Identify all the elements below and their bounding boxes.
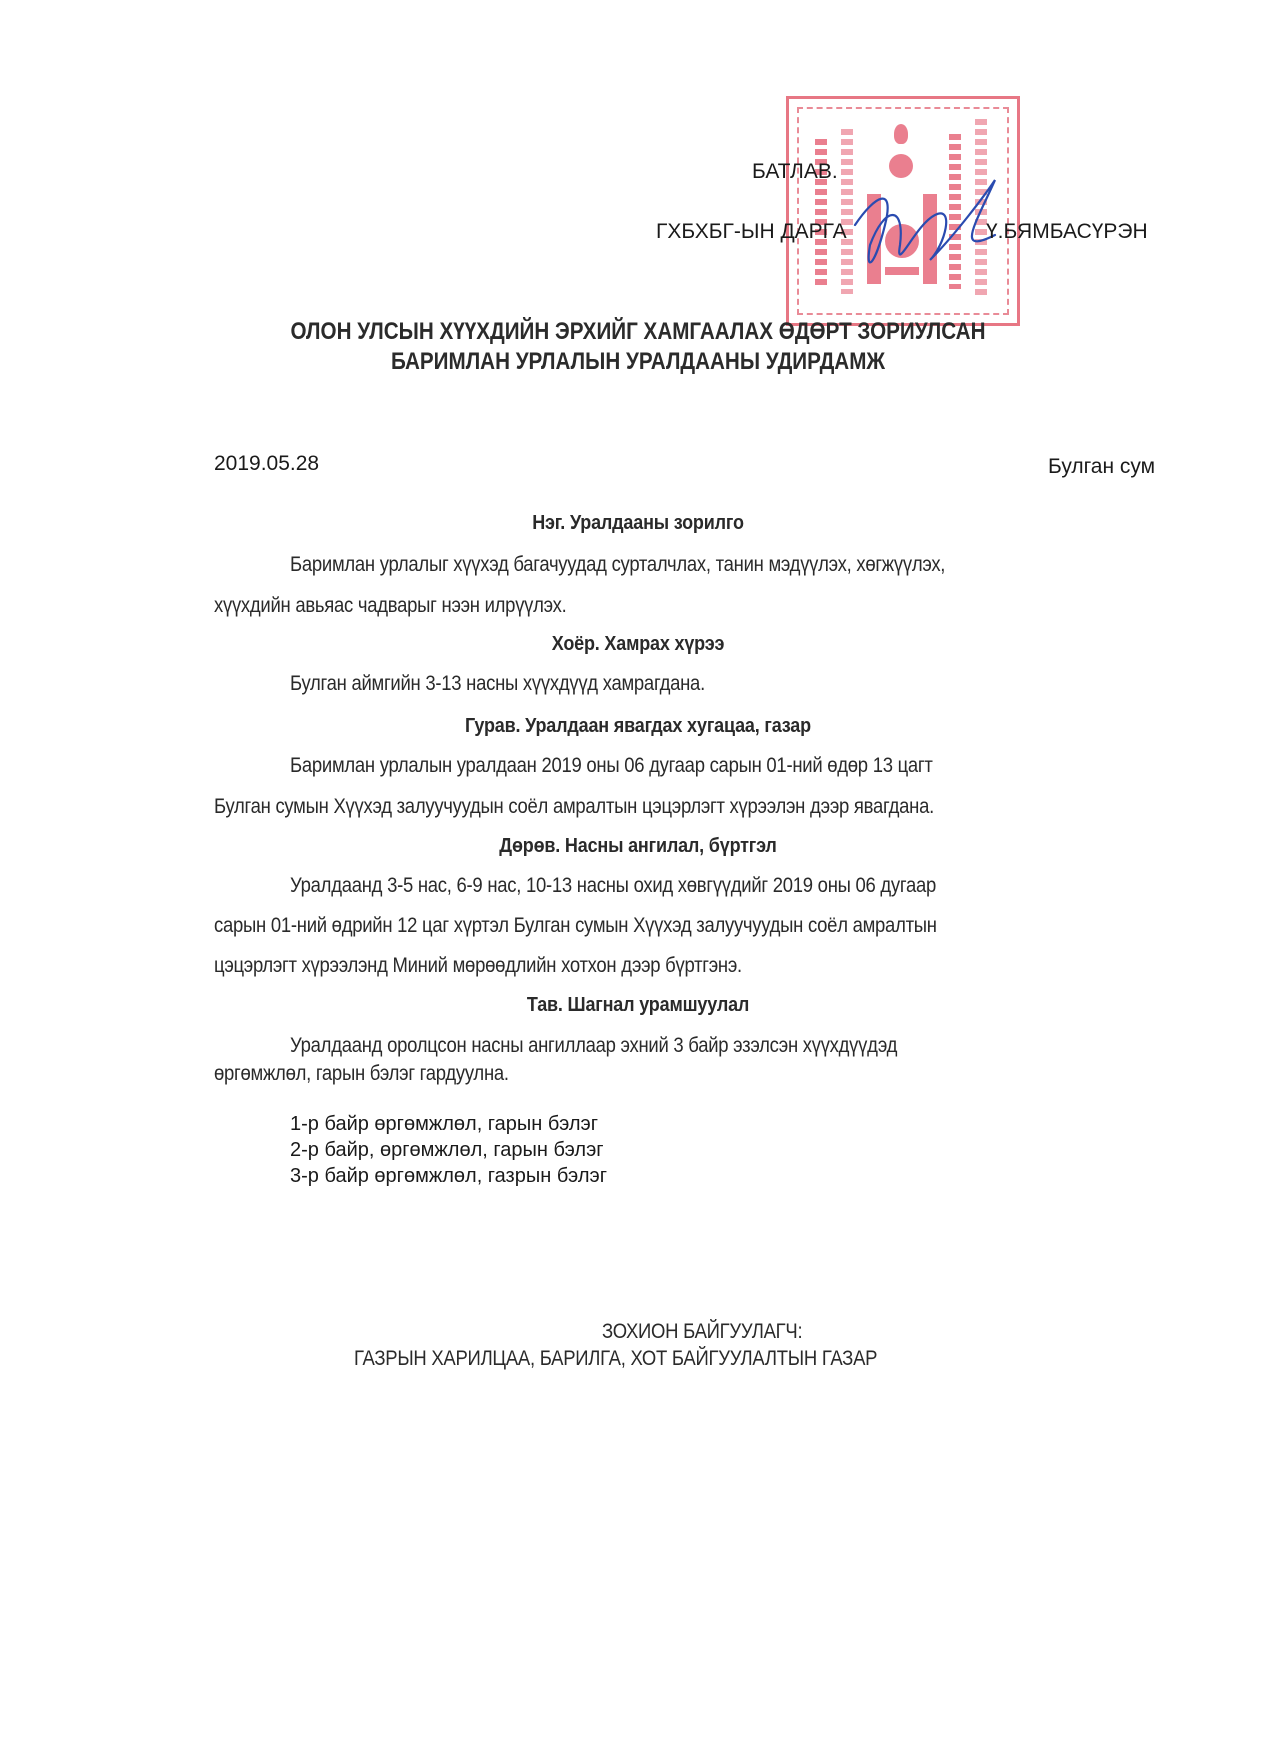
section-awards-line: Уралдаанд оролцсон насны ангиллаар эхний… xyxy=(290,1034,897,1058)
section-age-registration-line: Уралдаанд 3-5 нас, 6-9 нас, 10-13 насны … xyxy=(290,874,936,898)
section-awards-line: өргөмжлөл, гарын бэлэг гардуулна. xyxy=(214,1062,509,1086)
document-place: Булган сум xyxy=(1048,455,1155,479)
section-time-place-line: Булган сумын Хүүхэд залуучуудын соёл амр… xyxy=(214,795,934,819)
approver-name: Ү.БЯМБАСҮРЭН xyxy=(986,220,1148,244)
section-time-place-line: Баримлан урлалын уралдаан 2019 оны 06 ду… xyxy=(290,754,933,778)
approval-label: БАТЛАВ. xyxy=(752,160,838,184)
section-heading-age-registration: Дөрөв. Насны ангилал, бүртгэл xyxy=(64,834,1212,858)
prize-item: 3-р байр өргөмжлөл, газрын бэлэг xyxy=(290,1164,607,1188)
section-age-registration-line: цэцэрлэгт хүрээлэнд Миний мөрөөдлийн хот… xyxy=(214,954,742,978)
section-heading-scope: Хоёр. Хамрах хүрээ xyxy=(64,632,1212,656)
section-goal-line: Баримлан урлалыг хүүхэд багачуудад сурта… xyxy=(290,553,945,577)
prize-item: 1-р байр өргөмжлөл, гарын бэлэг xyxy=(290,1112,598,1136)
section-scope-line: Булган аймгийн 3-13 насны хүүхдүүд хамра… xyxy=(290,672,705,696)
section-heading-time-place: Гурав. Уралдаан явагдах хугацаа, газар xyxy=(64,714,1212,738)
section-heading-goal: Нэг. Уралдааны зорилго xyxy=(64,511,1212,535)
organizer-name: ГАЗРЫН ХАРИЛЦАА, БАРИЛГА, ХОТ БАЙГУУЛАЛТ… xyxy=(354,1347,877,1371)
section-age-registration-line: сарын 01-ний өдрийн 12 цаг хүртэл Булган… xyxy=(214,914,937,938)
soyombo-flame-icon xyxy=(894,124,908,144)
section-goal-line: хүүхдийн авьяас чадварыг нээн илрүүлэх. xyxy=(214,594,566,618)
signature xyxy=(845,165,1005,285)
section-heading-awards: Тав. Шагнал урамшуулал xyxy=(64,993,1212,1017)
document-date: 2019.05.28 xyxy=(214,452,319,476)
document-title-line2: БАРИМЛАН УРЛАЛЫН УРАЛДААНЫ УДИРДАМЖ xyxy=(89,348,1186,376)
prize-item: 2-р байр, өргөмжлөл, гарын бэлэг xyxy=(290,1138,604,1162)
organizer-label: ЗОХИОН БАЙГУУЛАГЧ: xyxy=(602,1320,802,1344)
document-title-line1: ОЛОН УЛСЫН ХҮҮХДИЙН ЭРХИЙГ ХАМГААЛАХ ӨДӨ… xyxy=(89,318,1186,346)
approver-position: ГХБХБГ-ЫН ДАРГА xyxy=(656,220,847,244)
